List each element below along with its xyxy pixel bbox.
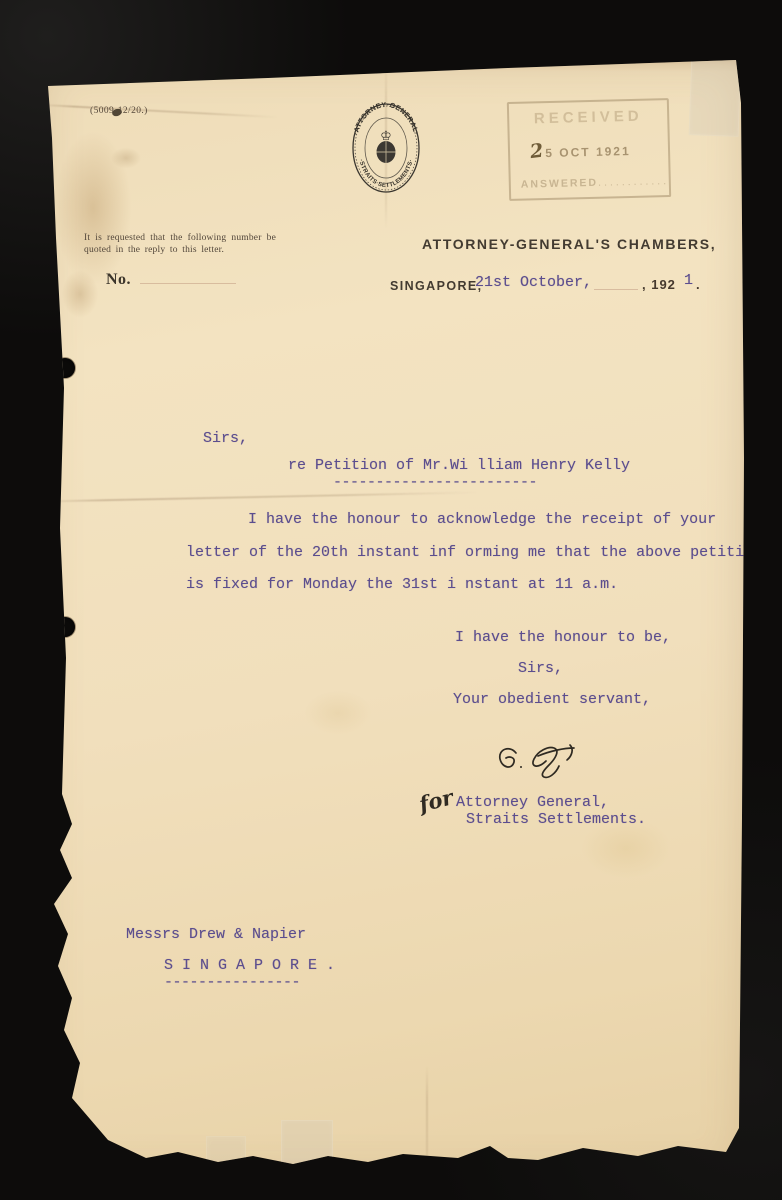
crown-icon: ♔ (380, 128, 392, 143)
form-code: (5009-12/20.) (90, 106, 148, 116)
number-label: No. (106, 271, 131, 288)
body-line-3: is fixed for Monday the 31st i nstant at… (186, 576, 618, 593)
punch-hole-top (55, 358, 75, 378)
date-rule (594, 275, 638, 290)
salutation: Sirs, (203, 430, 248, 447)
year-typed: 1 (684, 272, 693, 289)
stamp-answered-label: ANSWERED............ (521, 175, 670, 191)
body-line-2: letter of the 20th instant inf orming me… (186, 544, 762, 561)
number-line: No. (106, 269, 236, 289)
svg-text:·STRAITS·SETTLEMENTS·: ·STRAITS·SETTLEMENTS· (357, 159, 414, 189)
recipient-underline: ---------------- (164, 974, 300, 991)
received-stamp: RECEIVED 25 OCT 1921 ANSWERED...........… (507, 98, 671, 201)
tape-piece-bottom-left (206, 1136, 246, 1180)
crease-line (426, 1066, 428, 1171)
punch-hole-bottom (55, 617, 75, 637)
stamp-dotted-line: ............ (598, 175, 669, 189)
letter-page: (5009-12/20.) ·ATTORNEY·GENERAL· ·STRAIT… (38, 58, 746, 1180)
crease-line (38, 491, 478, 502)
closing-line-1: I have the honour to be, (455, 629, 671, 646)
tape-piece-top-right (689, 53, 742, 137)
place-label: SINGAPORE, (390, 279, 483, 293)
for-handwritten: for (416, 784, 455, 817)
subject-line: re Petition of Mr.Wi lliam Henry Kelly (288, 457, 630, 474)
tape-piece-bottom-center (281, 1120, 333, 1180)
typed-date: 21st October, (475, 274, 592, 291)
closing-line-3: Your obedient servant, (453, 691, 651, 708)
closing-line-2: Sirs, (518, 660, 563, 677)
year-printed: , 192 (642, 277, 676, 292)
number-rule (140, 269, 236, 284)
recipient-line-1: Messrs Drew & Napier (126, 926, 306, 943)
signer-title-1: Attorney General, (456, 794, 609, 811)
year-period: . (696, 277, 701, 292)
stamp-received-label: RECEIVED (509, 107, 667, 128)
stamp-date: 25 OCT 1921 (530, 138, 631, 162)
subject-underline: ------------------------ (333, 474, 537, 491)
request-note: It is requested that the following numbe… (84, 233, 276, 256)
stamp-day-handwritten: 2 (529, 140, 545, 164)
signer-title-2: Straits Settlements. (466, 811, 646, 828)
stamp-date-text: 5 OCT 1921 (545, 144, 631, 160)
body-line-1: I have the honour to acknowledge the rec… (248, 511, 716, 528)
recipient-line-2: S I N G A P O R E . (164, 957, 335, 974)
chambers-heading: ATTORNEY-GENERAL'S CHAMBERS, (422, 236, 716, 252)
attorney-general-seal-icon: ·ATTORNEY·GENERAL· ·STRAITS·SETTLEMENTS·… (351, 102, 421, 194)
crease-line (38, 104, 278, 119)
signature-icon (488, 741, 598, 791)
